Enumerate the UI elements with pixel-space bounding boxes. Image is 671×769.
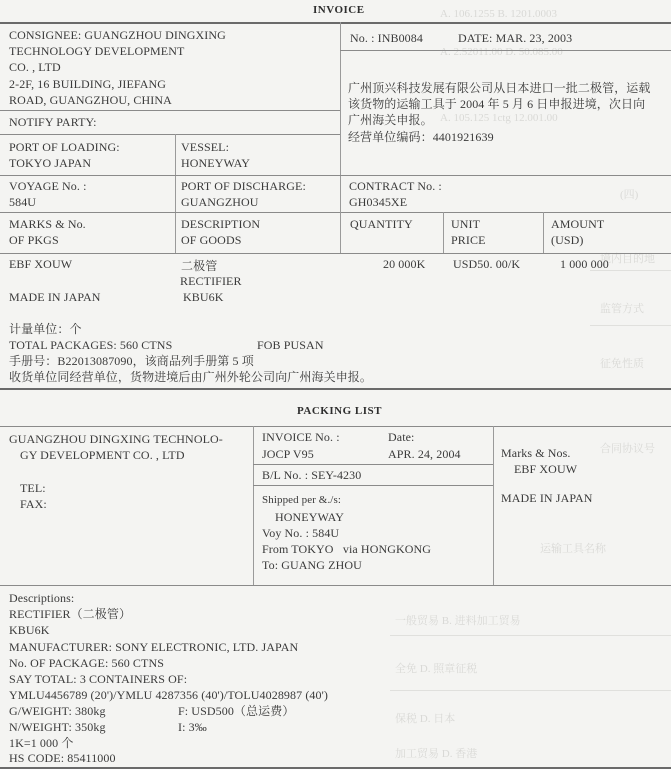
net-weight: N/WEIGHT: 350kg bbox=[9, 719, 106, 735]
divider bbox=[253, 464, 493, 465]
description-line: SAY TOTAL: 3 CONTAINERS OF: bbox=[9, 671, 187, 687]
consignee-line: TECHNOLOGY DEVELOPMENT bbox=[9, 43, 184, 59]
freight: F: USD500（总运费） bbox=[178, 703, 294, 719]
divider bbox=[0, 22, 671, 24]
shipping-destination: To: GUANG ZHOU bbox=[262, 557, 362, 573]
divider bbox=[253, 426, 254, 586]
col-quantity-header: QUANTITY bbox=[350, 216, 413, 232]
insurance: I: 3‰ bbox=[178, 719, 207, 735]
packing-invoice-no-label: INVOICE No. : bbox=[262, 429, 340, 445]
divider bbox=[0, 426, 671, 427]
col-amount-header: AMOUNT bbox=[551, 216, 604, 232]
item-marks: EBF XOUW bbox=[9, 256, 72, 272]
measure-unit: 计量单位：个 bbox=[9, 321, 82, 337]
invoice-title: INVOICE bbox=[313, 2, 365, 18]
item-marks: MADE IN JAPAN bbox=[9, 289, 101, 305]
vessel-value: HONEYWAY bbox=[181, 155, 250, 171]
shipping-route: From TOKYO via HONGKONG bbox=[262, 541, 431, 557]
col-marks-header: OF PKGS bbox=[9, 232, 59, 248]
notify-party-label: NOTIFY PARTY: bbox=[9, 114, 97, 130]
item-description: 二极管 bbox=[181, 258, 217, 274]
vessel-label: VESSEL: bbox=[181, 139, 229, 155]
note-line: 该货物的运输工具于 2004 年 5 月 6 日申报进境，次日向 bbox=[348, 96, 645, 112]
col-amount-header: (USD) bbox=[551, 232, 584, 248]
divider bbox=[493, 426, 494, 586]
tel-label: TEL: bbox=[20, 480, 46, 496]
note-line: 经营单位编码：4401921639 bbox=[348, 129, 494, 145]
divider bbox=[443, 212, 444, 254]
hs-code: HS CODE: 85411000 bbox=[9, 750, 116, 766]
item-description: KBU6K bbox=[183, 289, 224, 305]
divider bbox=[0, 212, 671, 213]
packing-date-value: APR. 24, 2004 bbox=[388, 446, 461, 462]
description-line: RECTIFIER（二极管） bbox=[9, 606, 131, 622]
marks-origin: MADE IN JAPAN bbox=[501, 490, 593, 506]
invoice-date: DATE: MAR. 23, 2003 bbox=[458, 30, 572, 46]
contract-label: CONTRACT No. : bbox=[349, 178, 442, 194]
divider bbox=[340, 212, 341, 254]
col-unit-price-header: UNIT bbox=[451, 216, 480, 232]
company-line: GUANGZHOU DINGXING TECHNOLO- bbox=[9, 431, 223, 447]
port-of-loading-value: TOKYO JAPAN bbox=[9, 155, 91, 171]
packing-date-label: Date: bbox=[388, 429, 415, 445]
contract-value: GH0345XE bbox=[349, 194, 407, 210]
marks-label: Marks & Nos. bbox=[501, 445, 571, 461]
item-quantity: 20 000K bbox=[383, 256, 425, 272]
divider bbox=[340, 50, 671, 51]
port-of-discharge-label: PORT OF DISCHARGE: bbox=[181, 178, 306, 194]
item-description: RECTIFIER bbox=[180, 273, 242, 289]
consignee-line: ROAD, GUANGZHOU, CHINA bbox=[9, 92, 172, 108]
invoice-number: No. : INB0084 bbox=[350, 30, 423, 46]
note-line: 广州海关申报。 bbox=[348, 112, 433, 128]
voyage-label: VOYAGE No. : bbox=[9, 178, 87, 194]
divider bbox=[0, 585, 671, 586]
bl-number: B/L No. : SEY-4230 bbox=[262, 467, 361, 483]
col-description-header: OF GOODS bbox=[181, 232, 241, 248]
consignee-line: CO. , LTD bbox=[9, 59, 61, 75]
handbook-number: 手册号：B22013087090，该商品列手册第 5 项 bbox=[9, 353, 254, 369]
marks-value: EBF XOUW bbox=[514, 461, 577, 477]
shipping-vessel: HONEYWAY bbox=[275, 509, 344, 525]
receiver-note: 收货单位同经营单位，货物进境后由广州外轮公司向广州海关申报。 bbox=[9, 369, 372, 385]
col-description-header: DESCRIPTION bbox=[181, 216, 260, 232]
divider bbox=[0, 388, 671, 390]
divider bbox=[0, 110, 340, 111]
divider bbox=[253, 485, 493, 486]
packing-invoice-no-value: JOCP V95 bbox=[262, 446, 314, 462]
container-numbers: YMLU4456789 (20')/YMLU 4287356 (40')/TOL… bbox=[9, 687, 328, 703]
description-line: KBU6K bbox=[9, 622, 50, 638]
divider bbox=[340, 22, 341, 232]
col-unit-price-header: PRICE bbox=[451, 232, 486, 248]
divider bbox=[543, 212, 544, 254]
description-line: No. OF PACKAGE: 560 CTNS bbox=[9, 655, 164, 671]
item-amount: 1 000 000 bbox=[560, 256, 609, 272]
shipping-line: Shipped per &./s: bbox=[262, 492, 341, 508]
fax-label: FAX: bbox=[20, 496, 47, 512]
note-line: 广州顶兴科技发展有限公司从日本进口一批二极管，运载 bbox=[348, 80, 651, 96]
company-line: GY DEVELOPMENT CO. , LTD bbox=[20, 447, 185, 463]
consignee-line: CONSIGNEE: GUANGZHOU DINGXING bbox=[9, 27, 226, 43]
col-marks-header: MARKS & No. bbox=[9, 216, 86, 232]
shipping-voyage: Voy No. : 584U bbox=[262, 525, 339, 541]
description-line: Descriptions: bbox=[9, 590, 74, 606]
voyage-value: 584U bbox=[9, 194, 36, 210]
divider bbox=[175, 134, 176, 254]
description-line: MANUFACTURER: SONY ELECTRONIC, LTD. JAPA… bbox=[9, 639, 298, 655]
port-of-discharge-value: GUANGZHOU bbox=[181, 194, 259, 210]
consignee-line: 2-2F, 16 BUILDING, JIEFANG bbox=[9, 76, 166, 92]
packing-list-title: PACKING LIST bbox=[297, 403, 382, 419]
divider bbox=[0, 134, 340, 135]
divider bbox=[0, 253, 671, 254]
total-packages: TOTAL PACKAGES: 560 CTNS bbox=[9, 337, 172, 353]
fob-terms: FOB PUSAN bbox=[257, 337, 324, 353]
divider bbox=[0, 175, 671, 176]
item-unit-price: USD50. 00/K bbox=[453, 256, 520, 272]
port-of-loading-label: PORT OF LOADING: bbox=[9, 139, 120, 155]
gross-weight: G/WEIGHT: 380kg bbox=[9, 703, 106, 719]
unit-conversion: 1K=1 000 个 bbox=[9, 735, 73, 751]
